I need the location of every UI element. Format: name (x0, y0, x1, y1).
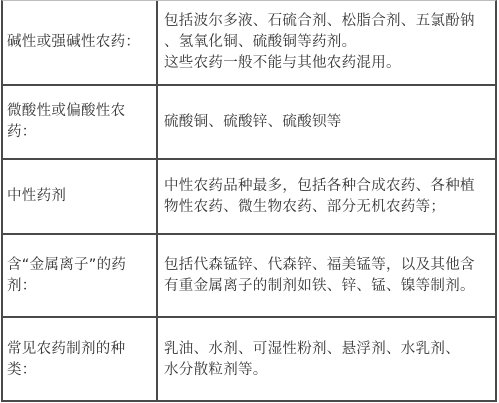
table-row-acidic: 微酸性或偏酸性农 药： 硫酸铜、硫酸锌、硫酸钡等 (3, 86, 495, 160)
row-label: 微酸性或偏酸性农 药： (3, 86, 158, 158)
row-label-text: 含“金属离子”的药 剂： (7, 255, 126, 297)
table-row-neutral: 中性药剂 中性农药品种最多，包括各种合成农药、各种植 物性农药、微生物农药、部分… (3, 160, 495, 235)
row-label: 含“金属离子”的药 剂： (3, 235, 158, 316)
row-label-text: 中性药剂 (7, 186, 66, 207)
row-value-text: 包括波尔多液、石硫合剂、松脂合剂、五氯酚钠 、氢氧化铜、硫酸铜等药剂。 这些农药… (164, 11, 475, 74)
row-value: 硫酸铜、硫酸锌、硫酸钡等 (158, 86, 495, 158)
row-value-text: 硫酸铜、硫酸锌、硫酸钡等 (164, 112, 342, 133)
row-value-text: 乳油、水剂、可湿性粉剂、悬浮剂、水乳剂、 水分散粒剂等。 (164, 339, 460, 381)
row-value: 包括波尔多液、石硫合剂、松脂合剂、五氯酚钠 、氢氧化铜、硫酸铜等药剂。 这些农药… (158, 1, 495, 84)
row-value: 中性农药品种最多，包括各种合成农药、各种植 物性农药、微生物农药、部分无机农药等… (158, 160, 495, 233)
table-row-formulation-types: 常见农药制剂的种 类： 乳油、水剂、可湿性粉剂、悬浮剂、水乳剂、 水分散粒剂等。 (3, 318, 495, 401)
row-label-text: 碱性或强碱性农药： (7, 32, 140, 53)
row-label-text: 常见农药制剂的种 类： (7, 339, 125, 381)
row-value: 包括代森锰锌、代森锌、福美锰等，以及其他含 有重金属离子的制剂如铁、锌、锰、镍等… (158, 235, 495, 316)
row-value-text: 中性农药品种最多，包括各种合成农药、各种植 物性农药、微生物农药、部分无机农药等… (164, 176, 475, 218)
table-row-alkaline: 碱性或强碱性农药： 包括波尔多液、石硫合剂、松脂合剂、五氯酚钠 、氢氧化铜、硫酸… (3, 1, 495, 86)
pesticide-classification-table: 碱性或强碱性农药： 包括波尔多液、石硫合剂、松脂合剂、五氯酚钠 、氢氧化铜、硫酸… (1, 0, 497, 402)
row-label: 常见农药制剂的种 类： (3, 318, 158, 401)
row-label: 碱性或强碱性农药： (3, 1, 158, 84)
row-label-text: 微酸性或偏酸性农 药： (7, 101, 125, 143)
row-label: 中性药剂 (3, 160, 158, 233)
table-row-metal-ion: 含“金属离子”的药 剂： 包括代森锰锌、代森锌、福美锰等，以及其他含 有重金属离… (3, 235, 495, 318)
row-value-text: 包括代森锰锌、代森锌、福美锰等，以及其他含 有重金属离子的制剂如铁、锌、锰、镍等… (164, 255, 475, 297)
row-value: 乳油、水剂、可湿性粉剂、悬浮剂、水乳剂、 水分散粒剂等。 (158, 318, 495, 401)
